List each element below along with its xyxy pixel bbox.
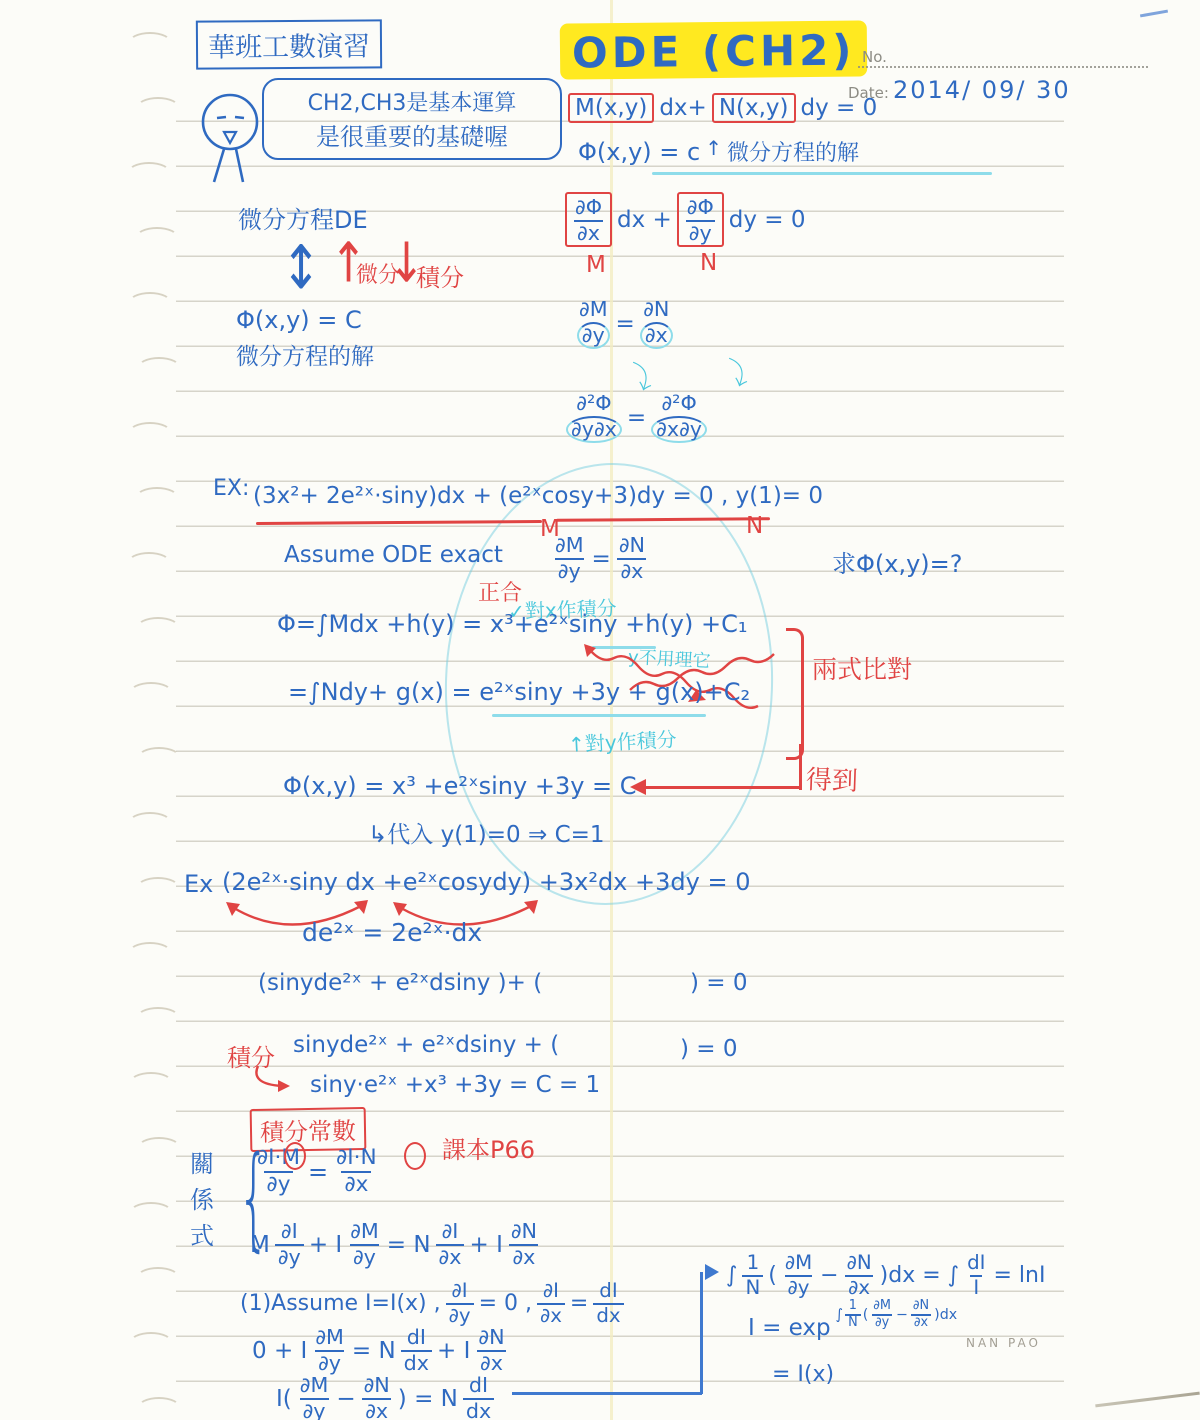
fraction-dN-dx: ∂N∂x xyxy=(508,1220,540,1269)
ex1-phi2: =∫Ndy+ g(x) = e²ˣsiny +3y + g(x)+C₂ xyxy=(288,678,750,706)
binding-arc xyxy=(128,812,172,834)
minus-sign: − xyxy=(896,1307,908,1323)
zero-plus-I: 0 + I xyxy=(252,1338,307,1364)
ifactor-eq1: ∂I·M∂y = ∂I·N∂x xyxy=(254,1146,380,1197)
ex2-equation: (2e²ˣ·siny dx +e²ˣcosydy) +3x²dx +3dy = … xyxy=(222,868,750,896)
equals-sign: = xyxy=(627,405,646,431)
dx-plus: dx+ xyxy=(659,95,706,121)
phi-equals-c: Φ(x,y) = c xyxy=(578,138,700,166)
ex1-equation: (3x²+ 2e²ˣ·siny)dx + (e²ˣcosy+3)dy = 0 ,… xyxy=(253,483,823,509)
binding-arc xyxy=(137,747,181,769)
binding-arc xyxy=(135,227,179,249)
updown-arrow-icon: ↕ xyxy=(281,233,321,303)
ex2-group-left: (sinyde²ˣ + e²ˣdsiny )+ ( xyxy=(258,970,542,996)
integral-sign: ∫ xyxy=(836,1307,843,1323)
n-label: N xyxy=(700,250,717,276)
phi-equals-C: Φ(x,y) = C xyxy=(236,306,362,334)
equals-sign: = xyxy=(592,546,611,572)
binding-arc xyxy=(136,1007,180,1029)
m-label: M xyxy=(586,252,606,278)
ex1-phi1: Φ=∫Mdx +h(y) = x³+e²ˣsiny +h(y) +C₁ xyxy=(277,610,747,638)
cyan-underline-phi2 xyxy=(492,714,706,717)
binding-arc xyxy=(127,162,171,184)
equals-sign: = xyxy=(570,1291,588,1316)
dy-equals-zero: dy = 0 xyxy=(729,207,806,233)
fraction-dN-dx: ∂N∂x xyxy=(475,1326,507,1375)
ode-standard-form: M(x,y) dx+ N(x,y) dy = 0 xyxy=(568,93,877,123)
fraction-dPhi-dx: ∂Φ∂x xyxy=(572,196,605,245)
total-differential-eq: ∂Φ∂x dx + ∂Φ∂y dy = 0 xyxy=(565,192,806,247)
fraction-dIN-dx: ∂I·N∂x xyxy=(333,1146,380,1197)
obtain-connector-h xyxy=(646,786,802,789)
exp-exponent-group: ∫ 1N ( ∂M∂y − ∂N∂x )dx xyxy=(836,1299,958,1331)
dphi-dy-box: ∂Φ∂y xyxy=(677,192,724,247)
fraction-dN-dx: ∂N∂x xyxy=(640,298,673,349)
integrate-y-note: ↑對y作積分 xyxy=(567,723,677,758)
fraction-dI-dx-total: dIdx xyxy=(401,1326,432,1375)
plus-I: + I xyxy=(469,1232,502,1258)
speech-bubble-line2: 是很重要的基礎喔 xyxy=(278,117,546,152)
ex2-line2-right: ) = 0 xyxy=(680,1036,738,1062)
ex2-differential: de²ˣ = 2e²ˣ·dx xyxy=(302,918,482,947)
fraction-dM-dy: ∂M∂y xyxy=(312,1326,347,1375)
fraction-dM-dy: ∂M∂y xyxy=(782,1252,815,1299)
stick-figure xyxy=(198,92,268,192)
equals-N: = N xyxy=(387,1232,431,1258)
notebook-brand: NAN PAO xyxy=(966,1336,1041,1350)
binding-arc xyxy=(136,1267,180,1289)
close-equals-N: ) = N xyxy=(398,1386,458,1412)
course-title-box: 華班工數演習 xyxy=(196,19,382,69)
m-term-box: M(x,y) xyxy=(568,93,654,123)
fraction-dM-dy: ∂M∂y xyxy=(552,534,587,583)
obtain-note: 得到 xyxy=(805,759,858,798)
fraction-dI-I: dII xyxy=(964,1252,988,1299)
binding-arc xyxy=(129,1072,173,1094)
ex1-label: EX: xyxy=(213,476,249,501)
binding-arc xyxy=(129,1202,173,1224)
binding-arc xyxy=(128,292,172,314)
relation-char-3: 式 xyxy=(190,1216,214,1251)
fraction-dM-dy: ∂M∂y xyxy=(576,298,611,349)
no-dotted-line xyxy=(858,54,1148,68)
red-circle-I xyxy=(284,1142,306,1170)
date-value: 2014/ 09/ 30 xyxy=(893,76,1071,104)
open-paren: ( xyxy=(768,1263,777,1288)
integrate-label: 積分 xyxy=(416,258,464,293)
red-circle-I xyxy=(404,1142,426,1170)
equals-lnI: = lnI xyxy=(993,1263,1045,1288)
solution-line3: = I(x) xyxy=(772,1362,834,1387)
integrate-arrow xyxy=(250,1064,294,1094)
binding-arc xyxy=(128,32,172,54)
ex2-group-right: ) = 0 xyxy=(690,970,748,996)
phi-solution-note: 微分方程的解 xyxy=(236,338,374,371)
de-label: 微分方程DE xyxy=(238,200,368,235)
ex2-label: Ex xyxy=(184,870,213,898)
fraction-d2Phi-dydx: ∂²Φ∂y∂x xyxy=(566,392,622,443)
pen-scribble xyxy=(1140,10,1168,18)
solution-line2: I = exp ∫ 1N ( ∂M∂y − ∂N∂x )dx xyxy=(748,1312,957,1344)
binding-arc xyxy=(136,877,180,899)
ifactor-eq4: I( ∂M∂y − ∂N∂x ) = N dIdx xyxy=(276,1374,494,1420)
up-arrow-icon: ↑ xyxy=(705,136,722,160)
binding-arc xyxy=(135,487,179,509)
compare-bracket xyxy=(786,628,804,760)
solution-connector-v xyxy=(700,1272,703,1394)
binding-arc xyxy=(136,97,180,119)
open-paren: ( xyxy=(863,1307,869,1323)
obtain-connector-v xyxy=(799,744,802,790)
close-dx: )dx xyxy=(934,1307,957,1323)
binding-arc xyxy=(129,682,173,704)
fraction-dI-dy: ∂I∂y xyxy=(275,1220,304,1269)
dx-plus: dx + xyxy=(617,207,672,233)
compare-note: 兩式比對 xyxy=(812,650,912,686)
fraction-dI-dx: ∂I∂x xyxy=(436,1220,465,1269)
minus-sign: − xyxy=(336,1386,355,1412)
binding-arc xyxy=(128,942,172,964)
cyan-underline xyxy=(652,172,992,175)
ex2-result: siny·e²ˣ +x³ +3y = C = 1 xyxy=(310,1072,600,1098)
assume-text: (1)Assume I=I(x) , xyxy=(240,1291,441,1316)
fraction-1-N: 1N xyxy=(742,1252,763,1299)
integral-sign: ∫ xyxy=(726,1263,737,1288)
fraction-dM-dy: ∂M∂y xyxy=(297,1374,332,1420)
M-coef: M xyxy=(250,1232,270,1258)
fraction-dM-dy: ∂M∂y xyxy=(347,1220,382,1269)
speech-bubble: CH2,CH3是基本運算 是很重要的基礎喔 xyxy=(262,78,562,160)
ifactor-assume: (1)Assume I=I(x) , ∂I∂y = 0 , ∂I∂x = dId… xyxy=(240,1280,624,1327)
plus-I: + I xyxy=(437,1338,470,1364)
phi-note: 微分方程的解 xyxy=(727,136,859,167)
binding-arc xyxy=(137,1137,181,1159)
equals-N: = N xyxy=(352,1338,396,1364)
mixed-partials-eq: ∂²Φ∂y∂x = ∂²Φ∂x∂y xyxy=(566,392,707,443)
binding-arc xyxy=(137,1397,181,1419)
dphi-dx-box: ∂Φ∂x xyxy=(565,192,612,247)
plus-I: + I xyxy=(309,1232,342,1258)
equals-sign: = xyxy=(616,311,635,337)
fraction-dPhi-dy: ∂Φ∂y xyxy=(684,196,717,245)
exactness-condition: ∂M∂y = ∂N∂x xyxy=(576,298,673,349)
fraction-dI-dx-total: dIdx xyxy=(463,1374,494,1420)
binding-arc xyxy=(127,552,171,574)
equals-sign: = xyxy=(308,1158,328,1186)
fraction-dN-dx: ∂N∂x xyxy=(616,534,648,583)
dy-equals-zero: dy = 0 xyxy=(801,95,878,121)
close-dx-integral: )dx = ∫ xyxy=(880,1263,959,1288)
equals-zero: = 0 , xyxy=(479,1291,532,1316)
fraction-dI-dx-total: dIdx xyxy=(593,1280,623,1327)
fraction-dN-dx: ∂N∂x xyxy=(361,1374,393,1420)
fraction-d2Phi-dxdy: ∂²Φ∂x∂y xyxy=(651,392,707,443)
ifactor-eq3: 0 + I ∂M∂y = N dIdx + I ∂N∂x xyxy=(252,1326,508,1375)
solution-connector-h xyxy=(512,1392,702,1395)
speech-bubble-line1: CH2,CH3是基本運算 xyxy=(278,86,546,117)
phi-solution-line: Φ(x,y) = c ↑ 微分方程的解 xyxy=(578,136,859,167)
relation-char-2: 係 xyxy=(190,1180,214,1215)
relation-char-1: 關 xyxy=(190,1144,214,1179)
I-equals-exp: I = exp xyxy=(748,1315,831,1341)
fraction-dI-dy: ∂I∂y xyxy=(446,1280,474,1327)
I-open-paren: I( xyxy=(276,1386,292,1412)
ifactor-eq2: M ∂I∂y + I ∂M∂y = N ∂I∂x + I ∂N∂x xyxy=(250,1220,540,1269)
fraction-1-N: 1N xyxy=(845,1299,861,1331)
fraction-dI-dx: ∂I∂x xyxy=(537,1280,565,1327)
fraction-dN-dx: ∂N∂x xyxy=(910,1299,932,1331)
ex1-n-label: N xyxy=(746,513,763,539)
ex1-substitute: ↳代入 y(1)=0 ⇒ C=1 xyxy=(368,816,605,849)
n-term-box: N(x,y) xyxy=(712,93,796,123)
ex1-exactness-condition: ∂M∂y = ∂N∂x xyxy=(552,534,648,583)
page-title: ODE (CH2) xyxy=(560,20,868,79)
binding-arc xyxy=(136,617,180,639)
ex1-result: Φ(x,y) = x³ +e²ˣsiny +3y = C xyxy=(283,772,637,800)
binding-arc xyxy=(128,422,172,444)
textbook-ref: 課本P66 xyxy=(442,1130,535,1165)
fraction-dM-dy: ∂M∂y xyxy=(870,1299,894,1331)
ex1-find: 求Φ(x,y)=? xyxy=(832,544,963,579)
binding-arc xyxy=(137,357,181,379)
binding-arc xyxy=(129,1332,173,1354)
solution-arrowhead xyxy=(705,1264,719,1280)
ex1-assume: Assume ODE exact xyxy=(284,542,503,568)
solution-line1: ∫ 1N ( ∂M∂y − ∂N∂x )dx = ∫ dII = lnI xyxy=(726,1252,1045,1299)
ex2-line2-left: sinyde²ˣ + e²ˣdsiny + ( xyxy=(293,1032,559,1058)
fraction-dN-dx: ∂N∂x xyxy=(844,1252,875,1299)
page-curl-shadow xyxy=(1095,1392,1200,1408)
minus-sign: − xyxy=(820,1263,838,1288)
